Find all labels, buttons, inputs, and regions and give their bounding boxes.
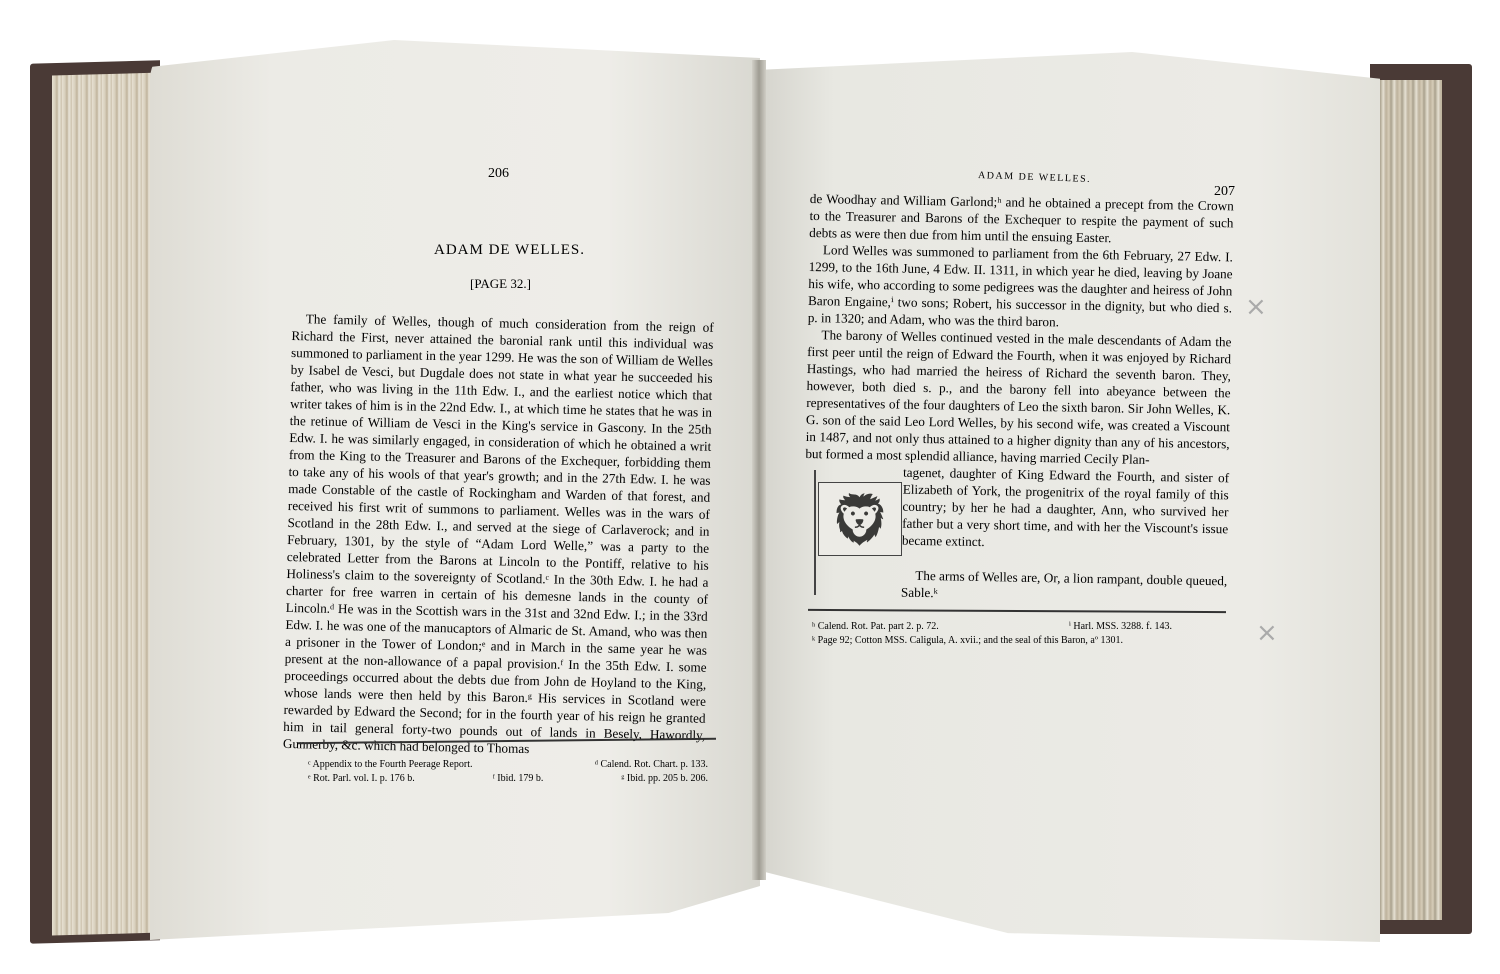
body-paragraph: de Woodhay and William Garlond;ʰ and he … [809,190,1234,248]
body-paragraph: The barony of Welles continued vested in… [805,326,1231,469]
banner-staff [814,470,816,595]
footnote-g: ᵍ Ibid. pp. 205 b. 206. [621,772,708,786]
body-paragraph: Lord Welles was summoned to parliament f… [808,241,1233,333]
arms-description: The arms of Welles are, Or, a lion rampa… [901,567,1228,607]
pencil-mark: × [1256,618,1278,648]
page-number-left: 206 [488,166,509,182]
chapter-title: ADAM DE WELLES. [434,242,585,259]
footnote-h: ʰ Calend. Rot. Pat. part 2. p. 72. [812,620,939,634]
body-paragraph: The family of Welles, though of much con… [283,310,714,761]
footnote-d: ᵈ Calend. Rot. Chart. p. 133. [595,758,708,772]
footnote-f: ᶠ Ibid. 179 b. [493,772,544,786]
heraldic-lion-rampant-icon: 🦁︎ [818,482,902,556]
page-reference: [PAGE 32.] [470,276,531,292]
footnote-c: ᶜ Appendix to the Fourth Peerage Report. [308,758,472,772]
page-edges-left [52,73,162,936]
left-footnotes: ᶜ Appendix to the Fourth Peerage Report.… [308,758,708,786]
book-gutter [752,60,766,880]
footnote-i: ⁱ Harl. MSS. 3288. f. 143. [1069,620,1172,634]
body-paragraph-wrapped: tagenet, daughter of King Edward the Fou… [902,464,1229,555]
left-page-body: The family of Welles, though of much con… [283,310,714,761]
page-edges-right [1372,80,1442,920]
footnote-e: ᵉ Rot. Parl. vol. I. p. 176 b. [308,772,415,786]
footnote-k: ᵏ Page 92; Cotton MSS. Caligula, A. xvii… [812,635,1123,646]
right-footnotes: ʰ Calend. Rot. Pat. part 2. p. 72. ⁱ Har… [812,620,1232,648]
pencil-mark: × [1245,292,1267,322]
